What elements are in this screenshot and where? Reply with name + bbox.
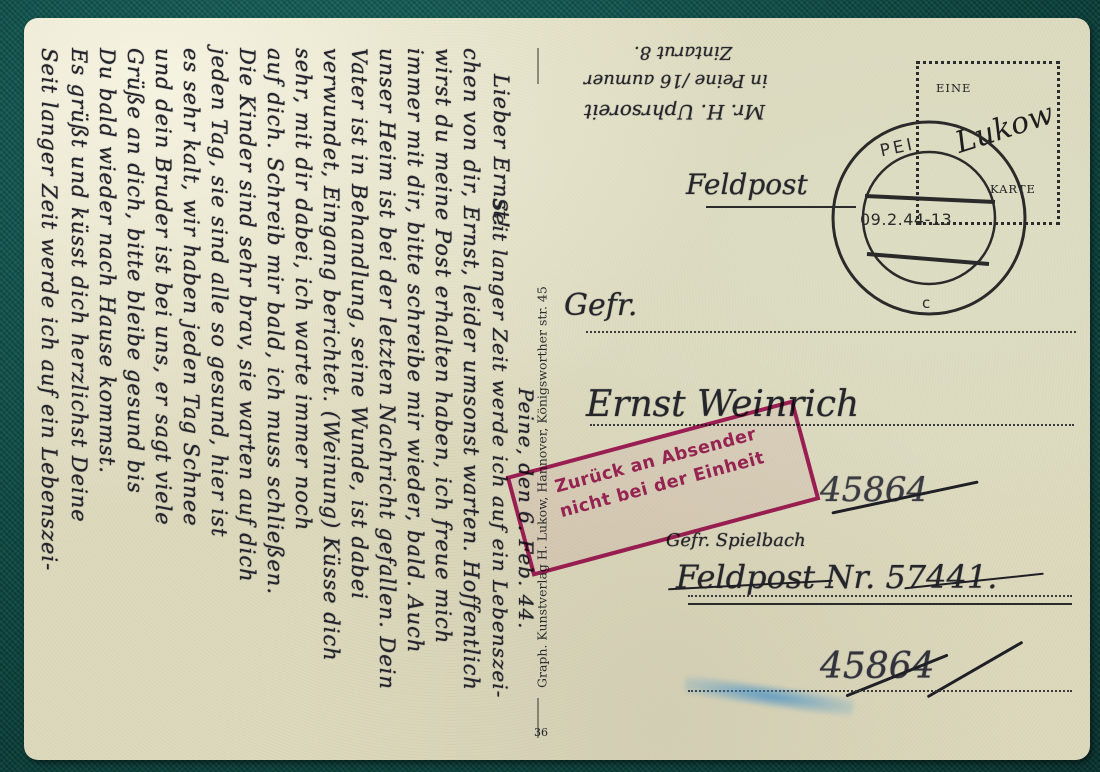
- divider-line: [536, 48, 540, 748]
- sender-line-1: Zintarut 8.: [634, 42, 732, 63]
- address-line-3-solid: [688, 603, 1072, 605]
- message-line: Du bald wieder nach Hause kommst.: [96, 48, 117, 474]
- message-line: es sehr kalt, wir haben jeden Tag Schnee: [180, 48, 201, 527]
- message-line: Vater ist in Behandlung, seine Wunde, is…: [348, 48, 369, 600]
- service-marking: Feldpost: [686, 168, 808, 201]
- postmark-date: 09.2.44-13: [860, 210, 952, 229]
- sender-line-3: Mr. H. Uphrsoreit: [584, 100, 765, 124]
- postcard: Lieber Ernst! Seit langer Zeit werde ich…: [24, 18, 1090, 760]
- recipient-field-post: Feldpost Nr. 57441.: [676, 558, 997, 596]
- address-line-1: [586, 331, 1076, 333]
- message-line: wirst du meine Post erhalten haben, ich …: [432, 48, 453, 644]
- stamp-box-top-label: EINE: [936, 81, 971, 95]
- message-line: Seit langer Zeit werde ich auf ein Leben…: [490, 198, 510, 698]
- service-marking-underline: [706, 206, 856, 208]
- message-line: Die Kinder sind sehr brav, sie warten au…: [236, 48, 257, 583]
- sender-line-2: in Peine /16 aumuer: [584, 70, 768, 91]
- publisher-imprint: Graph. Kunstverlag H. Lukow, Hannover, K…: [530, 48, 554, 688]
- message-line: Es grüßt und küsst dich herzlichst Deine: [68, 48, 89, 523]
- message-line: Seit langer Zeit werde ich auf ein Leben…: [38, 48, 59, 571]
- message-line: und dein Bruder ist bei uns, er sagt vie…: [152, 48, 173, 526]
- recipient-rank: Gefr.: [564, 288, 637, 323]
- message-line: immer mit dir, bitte schreibe mir wieder…: [404, 48, 425, 653]
- address-line-3: [688, 595, 1072, 597]
- postmark-sub-code: c: [922, 294, 930, 312]
- card-number: 36: [534, 726, 548, 739]
- message-line: jeden Tag, sie sind alle so gesund, hier…: [208, 48, 229, 537]
- message-line: chen von dir, Ernst, leider umsonst wart…: [460, 48, 481, 691]
- message-line: unser Heim ist bei der letzten Nachricht…: [376, 48, 397, 690]
- message-line: verwundet, Eingang berichtet. (Weinung) …: [320, 48, 341, 662]
- message-line: auf dich. Schreib mir bald, ich muss sch…: [264, 48, 285, 595]
- message-line: sehr, mit dir dabei, ich warte immer noc…: [292, 48, 313, 531]
- message-area: Lieber Ernst! Seit langer Zeit werde ich…: [24, 18, 534, 760]
- message-line: Grüße an dich, bitte bleibe gesund bis: [124, 48, 145, 494]
- address-line-2: [590, 424, 1074, 426]
